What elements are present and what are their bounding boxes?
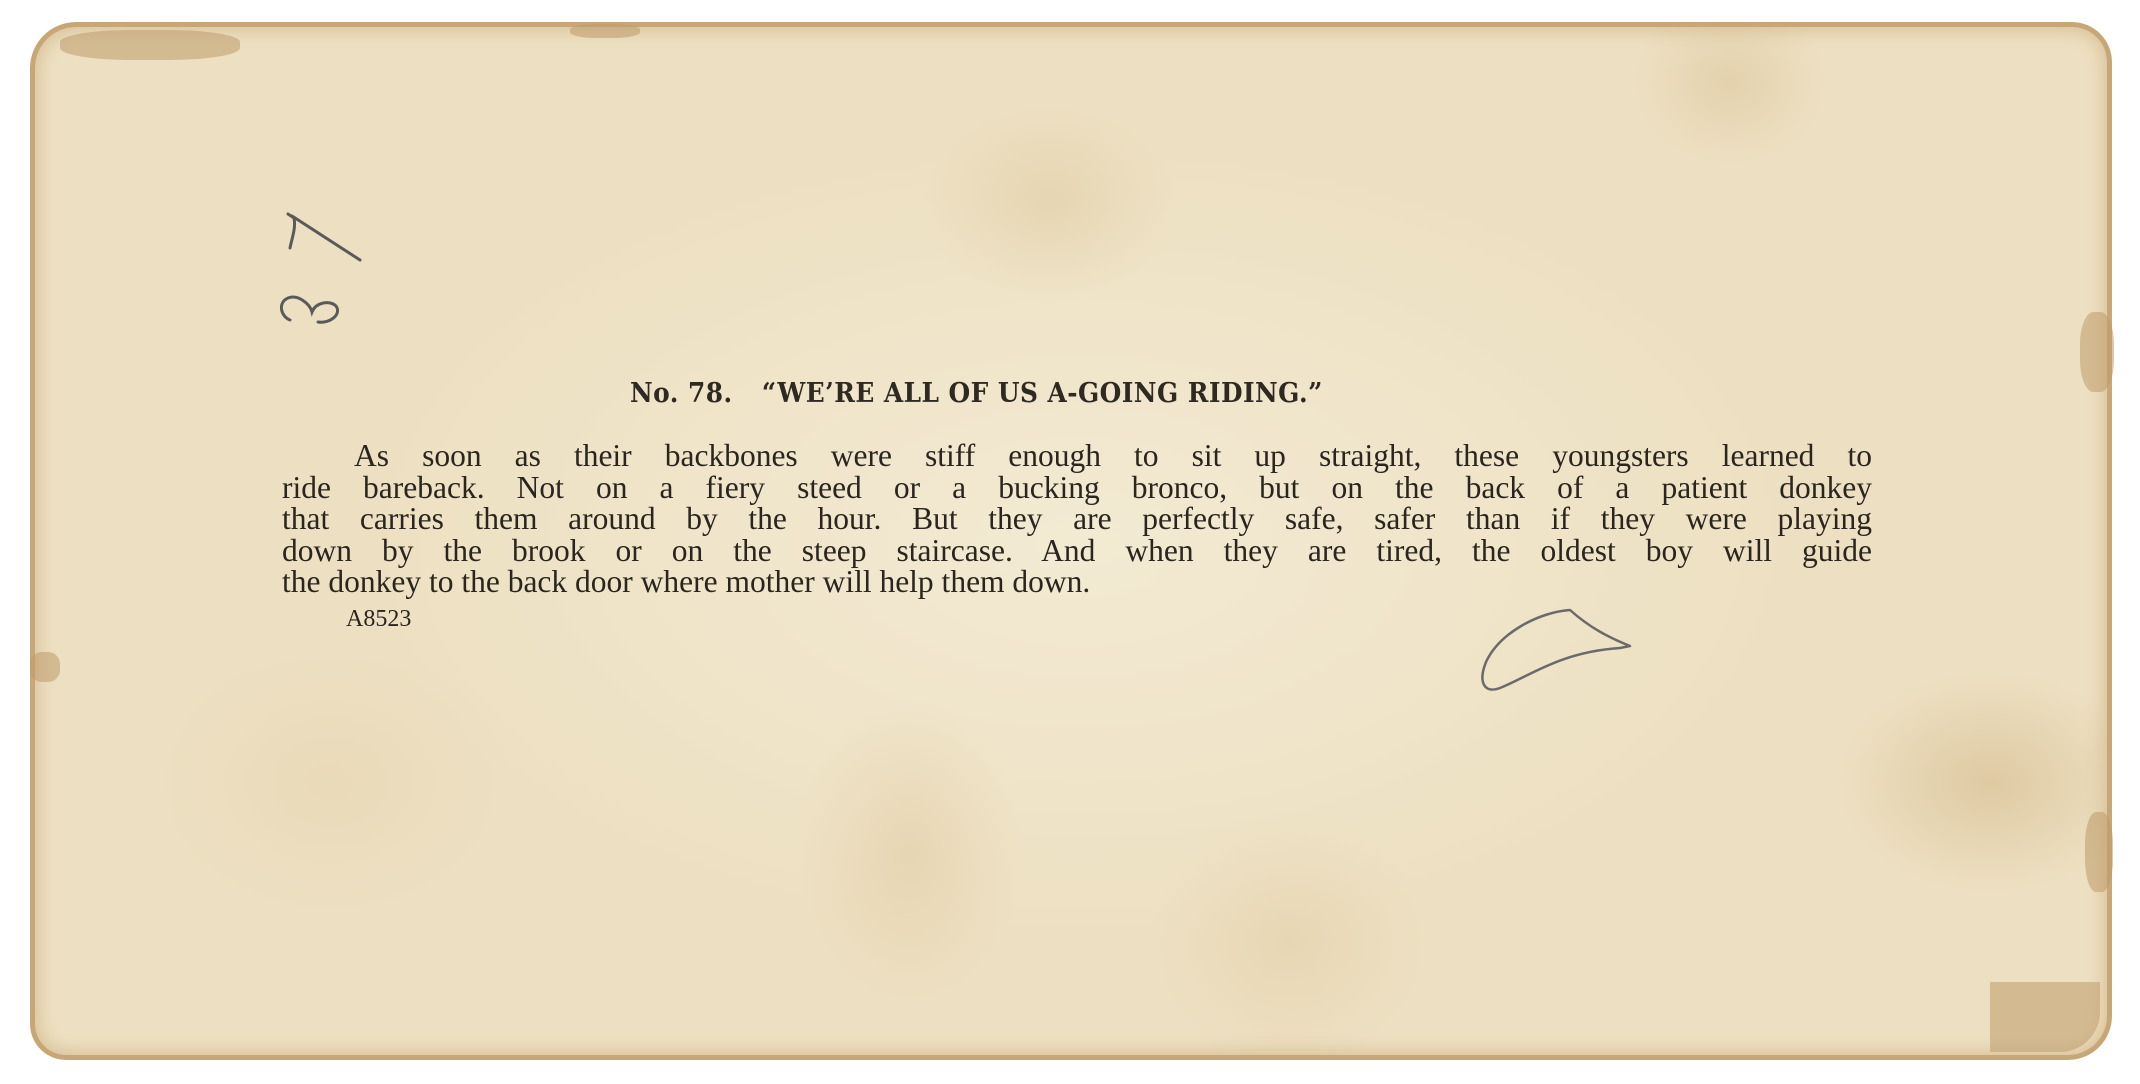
card-title: No. 78. “WE’RE ALL OF US A-GOING RIDING.… [630, 378, 1449, 409]
description-line: As soon as their backbones were stiff en… [282, 440, 1872, 472]
description-line: that carries them around by the hour. Bu… [282, 503, 1872, 535]
description-line: the donkey to the back door where mother… [282, 566, 1872, 598]
catalog-code: A8523 [346, 606, 411, 633]
edge-wear-top-left [60, 30, 240, 60]
handwritten-number-37 [270, 202, 370, 332]
edge-wear-left [30, 652, 60, 682]
description-line: ride bareback. Not on a fiery steed or a… [282, 472, 1872, 504]
description-line: down by the brook or on the steep stairc… [282, 535, 1872, 567]
card-caption: “WE’RE ALL OF US A-GOING RIDING.” [762, 378, 1323, 409]
edge-wear-right-upper [2080, 312, 2114, 392]
edge-wear-bottom-right [1990, 982, 2100, 1052]
card-description: As soon as their backbones were stiff en… [282, 440, 1872, 598]
edge-wear-right-lower [2085, 812, 2113, 892]
card-number: No. 78. [630, 378, 733, 409]
pencil-scribble [1470, 602, 1650, 702]
edge-wear-top-middle [570, 24, 640, 38]
stereoview-card-back: No. 78. “WE’RE ALL OF US A-GOING RIDING.… [30, 22, 2112, 1060]
